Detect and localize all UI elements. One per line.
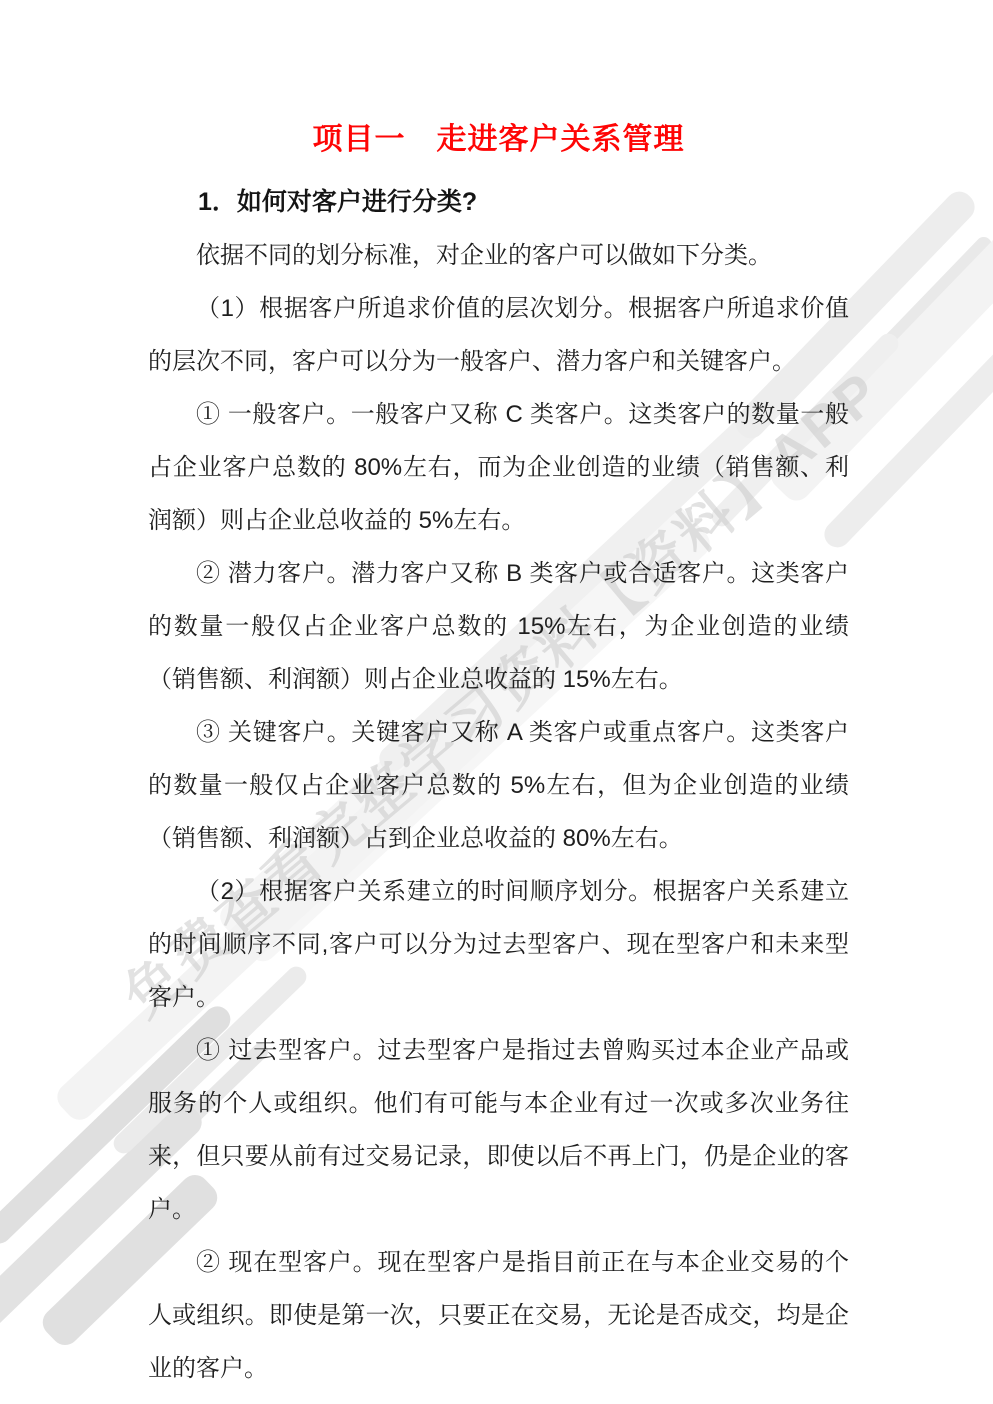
body-paragraph: （2）根据客户关系建立的时间顺序划分。根据客户关系建立的时间顺序不同,客户可以分… <box>148 865 849 1024</box>
body-paragraph: 依据不同的划分标准，对企业的客户可以做如下分类。 <box>148 229 849 282</box>
body-paragraph: （1）根据客户所追求价值的层次划分。根据客户所追求价值的层次不同，客户可以分为一… <box>148 282 849 388</box>
document-content: 项目一 走进客户关系管理 1．如何对客户进行分类? 依据不同的划分标准，对企业的… <box>148 118 849 1395</box>
document-page: 免费查看完整学习资料【资料】APP 项目一 走进客户关系管理 1．如何对客户进行… <box>0 0 993 1404</box>
body-paragraph: ③ 关键客户。关键客户又称 A 类客户或重点客户。这类客户的数量一般仅占企业客户… <box>148 706 849 865</box>
body-paragraph: ① 一般客户。一般客户又称 C 类客户。这类客户的数量一般占企业客户总数的 80… <box>148 388 849 547</box>
page-title: 项目一 走进客户关系管理 <box>148 118 849 162</box>
body-paragraph: ② 现在型客户。现在型客户是指目前正在与本企业交易的个人或组织。即使是第一次，只… <box>148 1236 849 1395</box>
body-paragraph: ① 过去型客户。过去型客户是指过去曾购买过本企业产品或服务的个人或组织。他们有可… <box>148 1024 849 1236</box>
section-heading: 1．如何对客户进行分类? <box>148 176 849 229</box>
body-paragraph: ② 潜力客户。潜力客户又称 B 类客户或合适客户。这类客户的数量一般仅占企业客户… <box>148 547 849 706</box>
paragraph-list: 依据不同的划分标准，对企业的客户可以做如下分类。 （1）根据客户所追求价值的层次… <box>148 229 849 1395</box>
